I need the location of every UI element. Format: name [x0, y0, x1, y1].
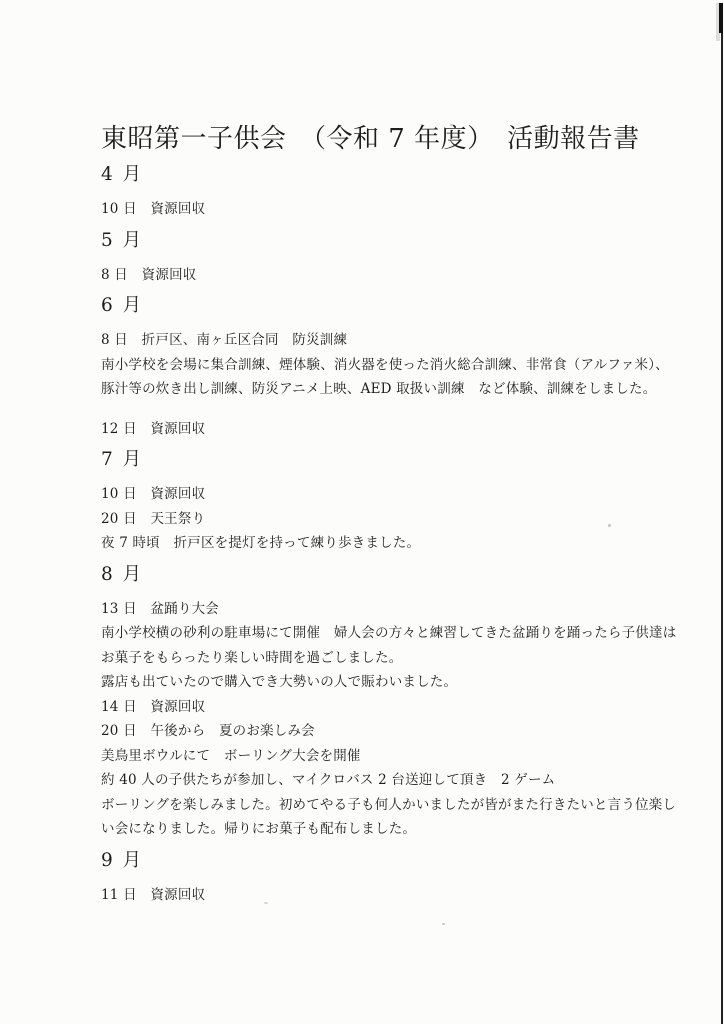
- report-body: 4 月 10 日 資源回収 5 月 8 日 資源回収 6 月 8 日 折戸区、南…: [101, 165, 694, 907]
- month-section: 6 月 8 日 折戸区、南ヶ丘区合同 防災訓練 南小学校を会場に集合訓練、煙体験…: [101, 296, 694, 441]
- scan-speck: [608, 524, 611, 527]
- report-line: ボーリングを楽しみました。初めてやる子も何人かいましたが皆がまた行きたいと言う位…: [101, 793, 694, 818]
- report-line: 14 日 資源回収: [101, 695, 694, 720]
- month-section: 9 月 11 日 資源回収: [101, 851, 694, 908]
- report-line: 20 日 天王祭り: [101, 507, 694, 532]
- report-line: 20 日 午後から 夏のお楽しみ会: [101, 719, 694, 744]
- section-lines: 8 日 折戸区、南ヶ丘区合同 防災訓練 南小学校を会場に集合訓練、煙体験、消火器…: [101, 328, 694, 441]
- report-line: 8 日 折戸区、南ヶ丘区合同 防災訓練: [101, 328, 694, 353]
- report-line: 露店も出ていたので購入でき大勢いの人で賑わいました。: [101, 670, 694, 695]
- section-lines: 10 日 資源回収: [101, 197, 694, 222]
- scan-speck: [264, 902, 268, 904]
- report-line: 11 日 資源回収: [101, 883, 694, 908]
- scan-speck: [442, 923, 445, 925]
- report-line: 豚汁等の炊き出し訓練、防災アニメ上映、AED 取扱い訓練 など体験、訓練をしまし…: [101, 377, 694, 402]
- report-line: い会になりました。帰りにお菓子も配布しました。: [101, 817, 694, 842]
- month-section: 8 月 13 日 盆踊り大会 南小学校横の砂利の駐車場にて開催 婦人会の方々と練…: [101, 565, 694, 842]
- section-lines: 11 日 資源回収: [101, 883, 694, 908]
- report-line: 南小学校を会場に集合訓練、煙体験、消火器を使った消火総合訓練、非常食（アルファ米…: [101, 353, 694, 378]
- month-heading: 5 月: [101, 231, 694, 251]
- report-title: 東昭第一子供会 （令和 7 年度） 活動報告書: [101, 122, 694, 156]
- section-lines: 13 日 盆踊り大会 南小学校横の砂利の駐車場にて開催 婦人会の方々と練習してき…: [101, 597, 694, 842]
- month-section: 4 月 10 日 資源回収: [101, 165, 694, 222]
- report-content: 東昭第一子供会 （令和 7 年度） 活動報告書 4 月 10 日 資源回収 5 …: [101, 122, 694, 907]
- section-lines: 8 日 資源回収: [101, 263, 694, 288]
- report-line: 13 日 盆踊り大会: [101, 597, 694, 622]
- scan-speck: [450, 124, 453, 126]
- report-line: 約 40 人の子供たちが参加し、マイクロバス 2 台送迎して頂き 2 ゲーム: [101, 768, 694, 793]
- month-heading: 8 月: [101, 565, 694, 585]
- report-line: 夜 7 時頃 折戸区を提灯を持って練り歩きました。: [101, 531, 694, 556]
- month-heading: 4 月: [101, 165, 694, 185]
- month-heading: 6 月: [101, 296, 694, 316]
- month-heading: 9 月: [101, 851, 694, 871]
- report-line: 10 日 資源回収: [101, 197, 694, 222]
- scan-edge-line: [721, 3, 724, 1024]
- report-line: 美鳥里ボウルにて ボーリング大会を開催: [101, 744, 694, 769]
- report-line: 8 日 資源回収: [101, 263, 694, 288]
- month-section: 5 月 8 日 資源回収: [101, 231, 694, 288]
- report-line: 12 日 資源回収: [101, 417, 694, 442]
- section-lines: 10 日 資源回収 20 日 天王祭り 夜 7 時頃 折戸区を提灯を持って練り歩…: [101, 482, 694, 556]
- report-line: 10 日 資源回収: [101, 482, 694, 507]
- scan-edge-blob: [719, 3, 724, 33]
- month-section: 7 月 10 日 資源回収 20 日 天王祭り 夜 7 時頃 折戸区を提灯を持っ…: [101, 450, 694, 556]
- report-line: お菓子をもらったり楽しい時間を過ごしました。: [101, 646, 694, 671]
- month-heading: 7 月: [101, 450, 694, 470]
- scanned-report-page: 東昭第一子供会 （令和 7 年度） 活動報告書 4 月 10 日 資源回収 5 …: [0, 0, 724, 1024]
- report-line: 南小学校横の砂利の駐車場にて開催 婦人会の方々と練習してきた盆踊りを踊ったら子供…: [101, 621, 694, 646]
